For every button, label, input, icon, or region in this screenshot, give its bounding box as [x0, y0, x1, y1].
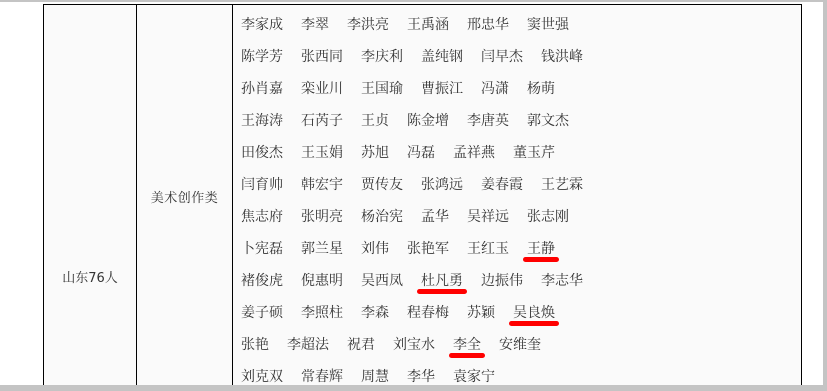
person-name: 张艳 [241, 329, 269, 361]
person-name: 王国瑜 [361, 73, 403, 105]
person-name: 石芮子 [301, 105, 343, 137]
person-name: 钱洪峰 [541, 41, 583, 73]
category-cell: 美术创作类 [137, 5, 232, 385]
person-name: 王贞 [361, 105, 389, 137]
person-name: 韩宏宇 [301, 169, 343, 201]
person-name: 边振伟 [481, 265, 523, 297]
person-name: 王玉娟 [301, 137, 343, 169]
province-label: 山东76人 [44, 267, 136, 286]
person-name: 姜子硕 [241, 297, 283, 329]
person-name: 张明亮 [301, 201, 343, 233]
person-name: 杨治宪 [361, 201, 403, 233]
person-name: 窦世强 [527, 9, 569, 41]
highlighted-name: 李全 [453, 329, 481, 361]
person-name: 程春梅 [407, 297, 449, 329]
person-name: 曹振江 [421, 73, 463, 105]
highlighted-name: 吴良焕 [513, 297, 555, 329]
person-name: 闫育帅 [241, 169, 283, 201]
person-name: 王红玉 [467, 233, 509, 265]
names-row: 孙肖嘉栾业川王国瑜曹振江冯潇杨萌 [241, 73, 801, 105]
person-name: 王艺霖 [541, 169, 583, 201]
person-name: 李洪亮 [347, 9, 389, 41]
person-name: 郭兰星 [301, 233, 343, 265]
person-name: 郭文杰 [527, 105, 569, 137]
person-name: 安维奎 [499, 329, 541, 361]
person-name: 吴西凤 [361, 265, 403, 297]
person-name: 李唐英 [467, 105, 509, 137]
person-name: 孟祥燕 [453, 137, 495, 169]
person-name: 杨萌 [527, 73, 555, 105]
highlighted-name: 王静 [527, 233, 555, 265]
highlighted-name: 杜凡勇 [421, 265, 463, 297]
person-name: 邢忠华 [467, 9, 509, 41]
person-name: 陈学芳 [241, 41, 283, 73]
person-name: 褚俊虎 [241, 265, 283, 297]
person-name: 刘伟 [361, 233, 389, 265]
person-name: 董玉芹 [513, 137, 555, 169]
person-name: 贾传友 [361, 169, 403, 201]
person-name: 张鸿远 [421, 169, 463, 201]
window-frame-top [0, 0, 827, 2]
names-row: 田俊杰王玉娟苏旭冯磊孟祥燕董玉芹 [241, 137, 801, 169]
column-divider [232, 5, 233, 385]
person-name: 王海涛 [241, 105, 283, 137]
person-name: 盖纯钢 [421, 41, 463, 73]
person-name: 吴祥远 [467, 201, 509, 233]
person-name: 李翠 [301, 9, 329, 41]
person-name: 冯磊 [407, 137, 435, 169]
names-row: 褚俊虎倪惠明吴西凤杜凡勇边振伟李志华 [241, 265, 801, 297]
awardee-table: 山东76人 美术创作类 李家成李翠李洪亮王禹涵邢忠华窦世强陈学芳张西同李庆利盖纯… [43, 4, 802, 385]
names-row: 卜宪磊郭兰星刘伟张艳军王红玉王静 [241, 233, 801, 265]
names-row: 陈学芳张西同李庆利盖纯钢闫早杰钱洪峰 [241, 41, 801, 73]
names-row: 焦志府张明亮杨治宪孟华吴祥远张志刚 [241, 201, 801, 233]
person-name: 李超法 [287, 329, 329, 361]
person-name: 王禹涵 [407, 9, 449, 41]
category-label: 美术创作类 [137, 187, 232, 206]
names-row: 王海涛石芮子王贞陈金增李唐英郭文杰 [241, 105, 801, 137]
person-name: 苏颖 [467, 297, 495, 329]
person-name: 张艳军 [407, 233, 449, 265]
person-name: 栾业川 [301, 73, 343, 105]
person-name: 祝君 [347, 329, 375, 361]
person-name: 李照柱 [301, 297, 343, 329]
province-cell: 山东76人 [44, 5, 136, 385]
person-name: 姜春霞 [481, 169, 523, 201]
person-name: 李家成 [241, 9, 283, 41]
person-name: 刘宝水 [393, 329, 435, 361]
window-frame-bottom [0, 385, 827, 391]
person-name: 张西同 [301, 41, 343, 73]
names-row: 张艳李超法祝君刘宝水李全安维奎 [241, 329, 801, 361]
person-name: 陈金增 [407, 105, 449, 137]
person-name: 倪惠明 [301, 265, 343, 297]
person-name: 卜宪磊 [241, 233, 283, 265]
person-name: 李森 [361, 297, 389, 329]
person-name: 孟华 [421, 201, 449, 233]
names-list: 李家成李翠李洪亮王禹涵邢忠华窦世强陈学芳张西同李庆利盖纯钢闫早杰钱洪峰孙肖嘉栾业… [241, 9, 801, 391]
person-name: 田俊杰 [241, 137, 283, 169]
person-name: 焦志府 [241, 201, 283, 233]
window-frame-right [823, 0, 827, 391]
names-row: 姜子硕李照柱李森程春梅苏颖吴良焕 [241, 297, 801, 329]
person-name: 孙肖嘉 [241, 73, 283, 105]
person-name: 张志刚 [527, 201, 569, 233]
names-row: 李家成李翠李洪亮王禹涵邢忠华窦世强 [241, 9, 801, 41]
names-row: 闫育帅韩宏宇贾传友张鸿远姜春霞王艺霖 [241, 169, 801, 201]
person-name: 李庆利 [361, 41, 403, 73]
person-name: 李志华 [541, 265, 583, 297]
person-name: 苏旭 [361, 137, 389, 169]
person-name: 闫早杰 [481, 41, 523, 73]
person-name: 冯潇 [481, 73, 509, 105]
